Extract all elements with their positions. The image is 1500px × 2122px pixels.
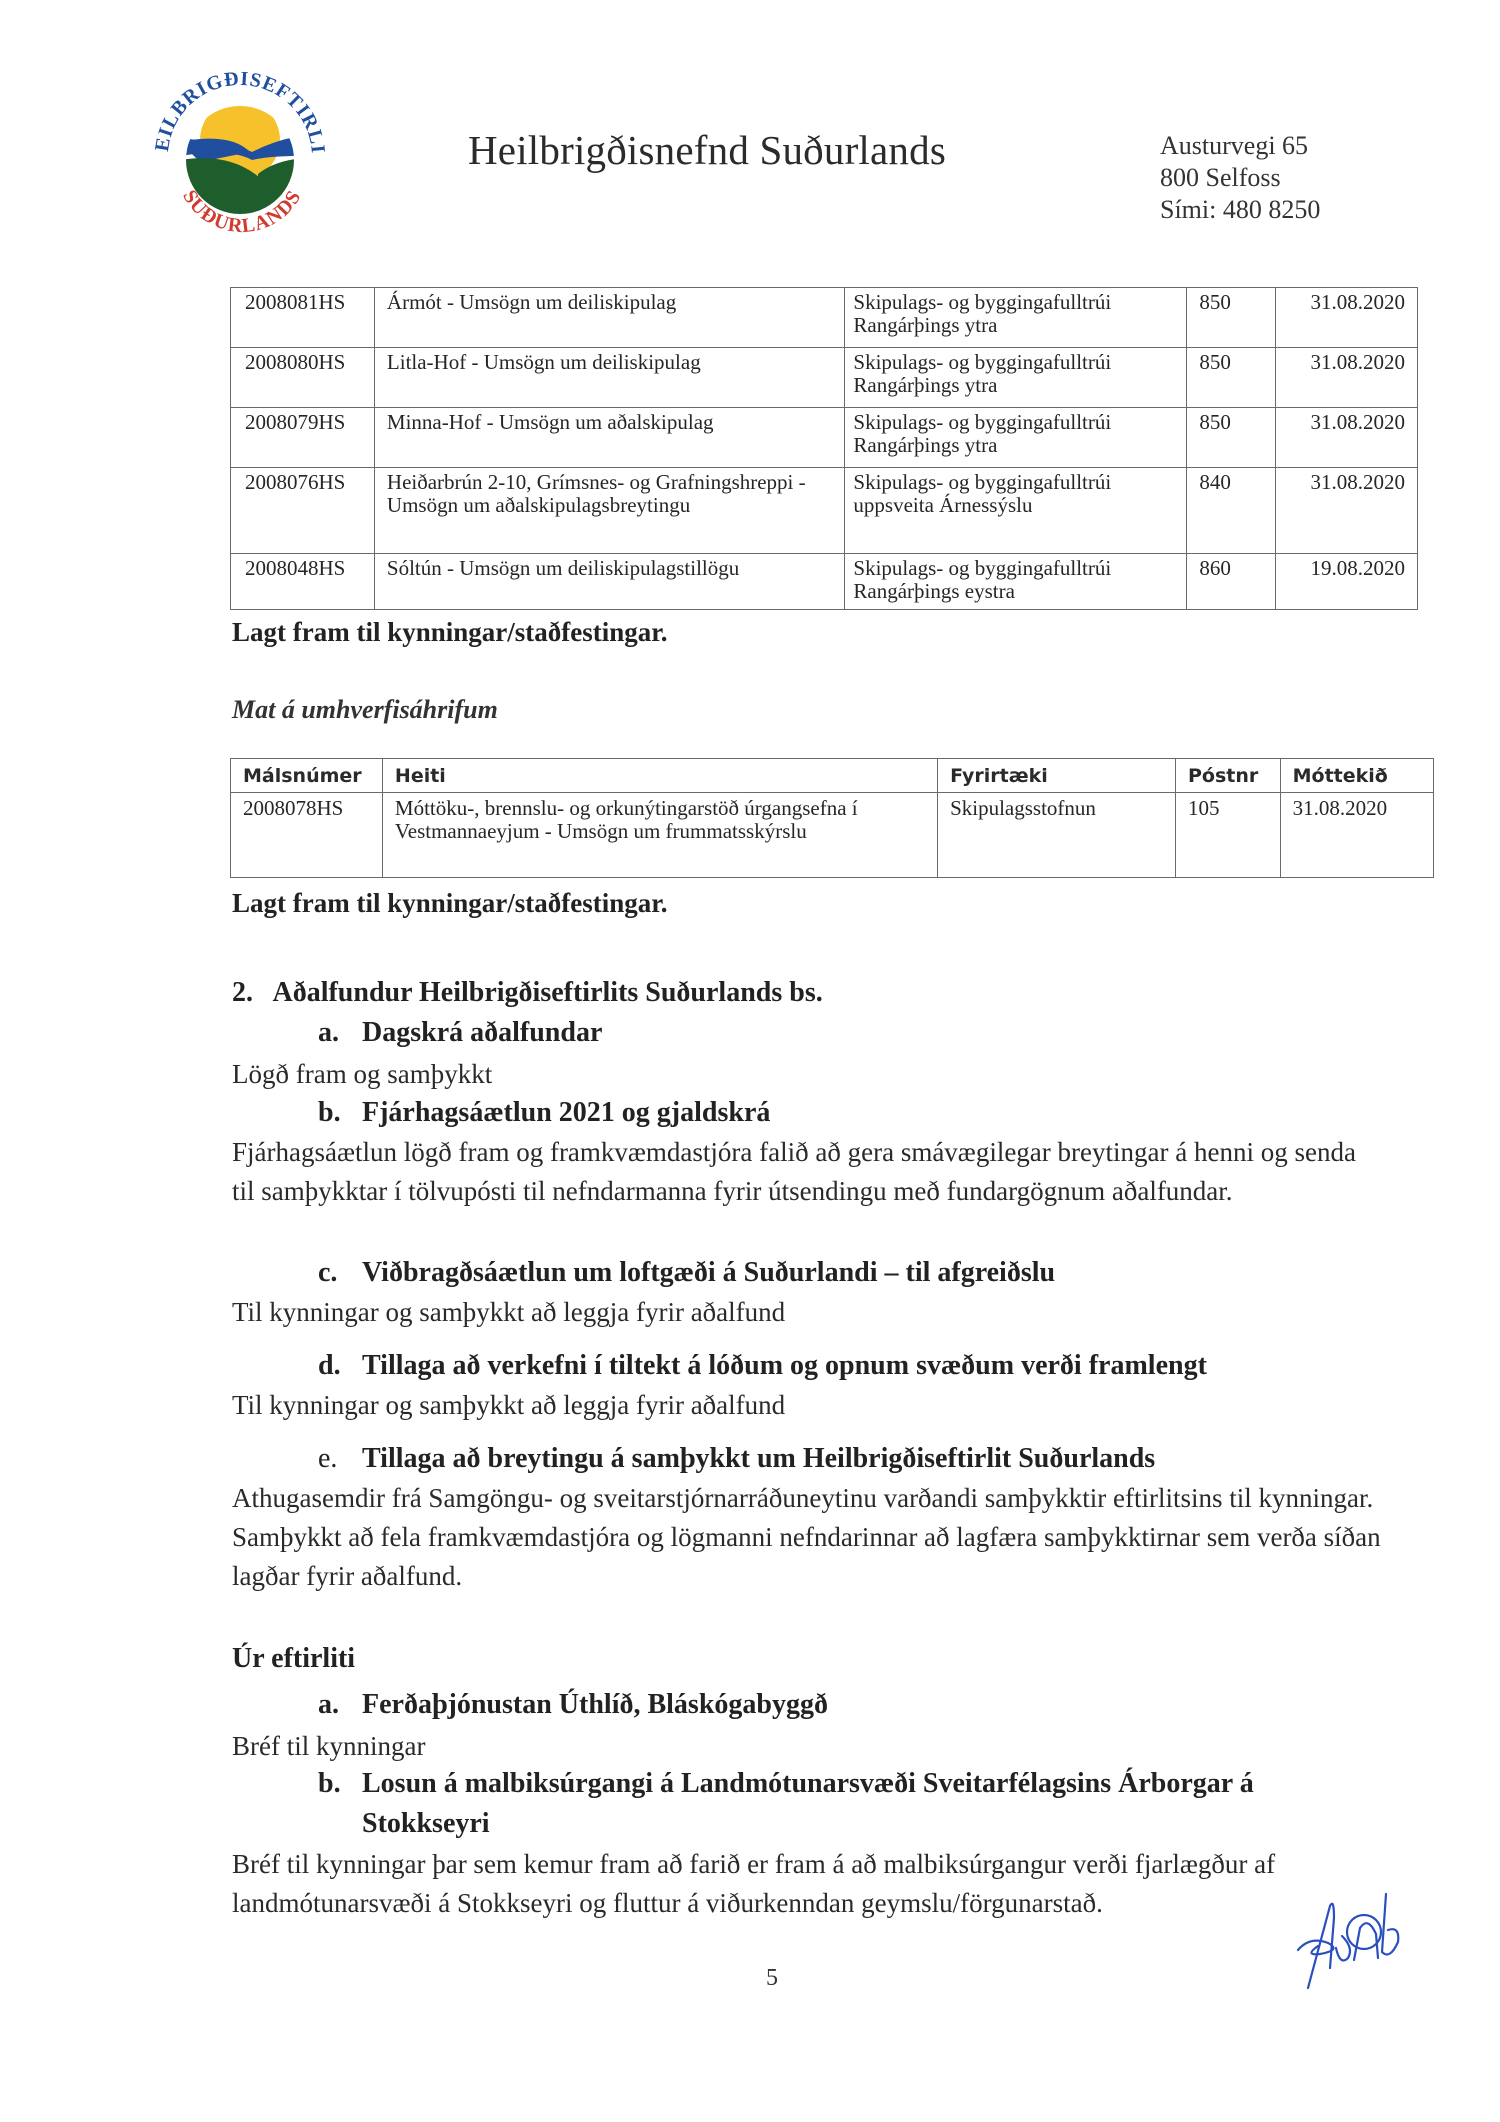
item-marker: c. bbox=[318, 1257, 362, 1289]
table-row: 2008080HS Litla-Hof - Umsögn um deiliski… bbox=[231, 348, 1418, 408]
column-header-received: Móttekið bbox=[1280, 759, 1433, 793]
section-2-heading: 2. Aðalfundur Heilbrigðiseftirlits Suður… bbox=[232, 977, 823, 1009]
organization-name: Heilbrigðisnefnd Suðurlands bbox=[468, 126, 946, 174]
case-postcode: 105 bbox=[1175, 793, 1280, 878]
signature bbox=[1290, 1888, 1410, 1998]
case-received: 31.08.2020 bbox=[1276, 288, 1418, 348]
eia-note: Lagt fram til kynningar/staðfestingar. bbox=[232, 888, 668, 919]
item-c-heading: c.Viðbragðsáætlun um loftgæði á Suðurlan… bbox=[318, 1257, 1055, 1289]
handwritten-signature-icon bbox=[1290, 1888, 1410, 1998]
eia-heading: Mat á umhverfisáhrifum bbox=[232, 695, 498, 725]
case-postcode: 850 bbox=[1187, 408, 1276, 468]
item-marker: b. bbox=[318, 1097, 362, 1129]
address-block: Austurvegi 65 800 Selfoss Sími: 480 8250 bbox=[1160, 130, 1320, 226]
column-header-postcode: Póstnr bbox=[1175, 759, 1280, 793]
case-title: Ármót - Umsögn um deiliskipulag bbox=[374, 288, 845, 348]
case-received: 19.08.2020 bbox=[1276, 554, 1418, 610]
inspection-heading: Úr eftirliti bbox=[232, 1643, 355, 1675]
item-b-body: Fjárhagsáætlun lögð fram og framkvæmdast… bbox=[232, 1133, 1372, 1211]
organization-logo: HEILBRIGÐISEFTIRLIT SUÐURLANDS bbox=[140, 52, 340, 252]
case-received: 31.08.2020 bbox=[1280, 793, 1433, 878]
address-city: 800 Selfoss bbox=[1160, 162, 1320, 194]
item-b-heading: b.Fjárhagsáætlun 2021 og gjaldskrá bbox=[318, 1097, 770, 1129]
table-row: 2008048HS Sóltún - Umsögn um deiliskipul… bbox=[231, 554, 1418, 610]
address-phone: Sími: 480 8250 bbox=[1160, 194, 1320, 226]
table-row: 2008078HS Móttöku-, brennslu- og orkunýt… bbox=[231, 793, 1434, 878]
case-company: Skipulagsstofnun bbox=[938, 793, 1176, 878]
item-c-body: Til kynningar og samþykkt að leggja fyri… bbox=[232, 1293, 1432, 1332]
column-header-title: Heiti bbox=[382, 759, 937, 793]
item-d-body: Til kynningar og samþykkt að leggja fyri… bbox=[232, 1386, 1432, 1425]
case-company: Skipulags- og byggingafulltrúi Rangárþin… bbox=[845, 408, 1187, 468]
section-title: Aðalfundur Heilbrigðiseftirlits Suðurlan… bbox=[272, 977, 822, 1008]
case-number: 2008079HS bbox=[231, 408, 375, 468]
inspection-item-b-body: Bréf til kynningar þar sem kemur fram að… bbox=[232, 1845, 1372, 1923]
item-marker: a. bbox=[318, 1017, 362, 1049]
item-marker: e. bbox=[318, 1443, 362, 1475]
table-header-row: Málsnúmer Heiti Fyrirtæki Póstnr Mótteki… bbox=[231, 759, 1434, 793]
case-postcode: 840 bbox=[1187, 468, 1276, 554]
item-title: Tillaga að breytingu á samþykkt um Heilb… bbox=[362, 1443, 1155, 1474]
case-company: Skipulags- og byggingafulltrúi Rangárþin… bbox=[845, 288, 1187, 348]
eia-table: Málsnúmer Heiti Fyrirtæki Póstnr Mótteki… bbox=[230, 758, 1434, 878]
item-marker: b. bbox=[318, 1768, 362, 1800]
item-marker: d. bbox=[318, 1350, 362, 1382]
item-title: Tillaga að verkefni í tiltekt á lóðum og… bbox=[362, 1350, 1207, 1381]
page-number: 5 bbox=[766, 1965, 778, 1992]
case-title: Sóltún - Umsögn um deiliskipulagstillögu bbox=[374, 554, 845, 610]
table-row: 2008079HS Minna-Hof - Umsögn um aðalskip… bbox=[231, 408, 1418, 468]
case-company: Skipulags- og byggingafulltrúi Rangárþin… bbox=[845, 554, 1187, 610]
case-number: 2008076HS bbox=[231, 468, 375, 554]
case-postcode: 850 bbox=[1187, 348, 1276, 408]
table1-note: Lagt fram til kynningar/staðfestingar. bbox=[232, 617, 668, 648]
case-title: Móttöku-, brennslu- og orkunýtingarstöð … bbox=[382, 793, 937, 878]
case-received: 31.08.2020 bbox=[1276, 348, 1418, 408]
item-e-body: Athugasemdir frá Samgöngu- og sveitarstj… bbox=[232, 1479, 1392, 1596]
case-number: 2008081HS bbox=[231, 288, 375, 348]
item-marker: a. bbox=[318, 1689, 362, 1721]
logo-emblem-icon: HEILBRIGÐISEFTIRLIT SUÐURLANDS bbox=[140, 52, 340, 252]
column-header-case-number: Málsnúmer bbox=[231, 759, 383, 793]
inspection-item-b-heading-cont: Stokkseyri bbox=[362, 1808, 490, 1840]
item-a-heading: a.Dagskrá aðalfundar bbox=[318, 1017, 602, 1049]
inspection-item-b-heading: b.Losun á malbiksúrgangi á Landmótunarsv… bbox=[318, 1768, 1254, 1800]
item-title: Ferðaþjónustan Úthlíð, Bláskógabyggð bbox=[362, 1689, 828, 1720]
inspection-item-a-heading: a.Ferðaþjónustan Úthlíð, Bláskógabyggð bbox=[318, 1689, 828, 1721]
applications-table: 2008081HS Ármót - Umsögn um deiliskipula… bbox=[230, 287, 1418, 610]
case-postcode: 850 bbox=[1187, 288, 1276, 348]
item-title: Fjárhagsáætlun 2021 og gjaldskrá bbox=[362, 1097, 770, 1128]
item-title: Dagskrá aðalfundar bbox=[362, 1017, 602, 1048]
item-e-heading: e.Tillaga að breytingu á samþykkt um Hei… bbox=[318, 1443, 1155, 1475]
case-title: Litla-Hof - Umsögn um deiliskipulag bbox=[374, 348, 845, 408]
case-number: 2008078HS bbox=[231, 793, 383, 878]
case-title: Minna-Hof - Umsögn um aðalskipulag bbox=[374, 408, 845, 468]
item-d-heading: d.Tillaga að verkefni í tiltekt á lóðum … bbox=[318, 1350, 1207, 1382]
table-row: 2008081HS Ármót - Umsögn um deiliskipula… bbox=[231, 288, 1418, 348]
case-postcode: 860 bbox=[1187, 554, 1276, 610]
address-street: Austurvegi 65 bbox=[1160, 130, 1320, 162]
item-title: Viðbragðsáætlun um loftgæði á Suðurlandi… bbox=[362, 1257, 1055, 1288]
case-received: 31.08.2020 bbox=[1276, 408, 1418, 468]
section-number: 2. bbox=[232, 977, 253, 1008]
column-header-company: Fyrirtæki bbox=[938, 759, 1176, 793]
case-title: Heiðarbrún 2-10, Grímsnes- og Grafningsh… bbox=[374, 468, 845, 554]
item-title: Losun á malbiksúrgangi á Landmótunarsvæð… bbox=[362, 1768, 1254, 1799]
case-received: 31.08.2020 bbox=[1276, 468, 1418, 554]
table-row: 2008076HS Heiðarbrún 2-10, Grímsnes- og … bbox=[231, 468, 1418, 554]
case-company: Skipulags- og byggingafulltrúi Rangárþin… bbox=[845, 348, 1187, 408]
inspection-item-a-body: Bréf til kynningar bbox=[232, 1727, 1432, 1766]
case-number: 2008080HS bbox=[231, 348, 375, 408]
case-company: Skipulags- og byggingafulltrúi uppsveita… bbox=[845, 468, 1187, 554]
case-number: 2008048HS bbox=[231, 554, 375, 610]
item-a-body: Lögð fram og samþykkt bbox=[232, 1055, 1432, 1094]
